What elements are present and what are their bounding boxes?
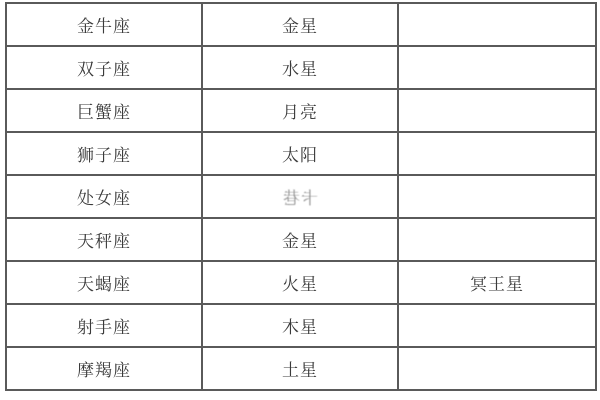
- ruler-cell: 水星: [202, 46, 398, 89]
- co-ruler-cell: [398, 89, 596, 132]
- ruler-cell: 卡巷: [202, 175, 398, 218]
- table-row: 天蝎座 火星 冥王星: [6, 261, 596, 304]
- ruler-cell: 金星: [202, 3, 398, 46]
- sign-cell: 射手座: [6, 304, 202, 347]
- co-ruler-cell: [398, 304, 596, 347]
- ruler-cell: 太阳: [202, 132, 398, 175]
- ruler-cell: 土星: [202, 347, 398, 390]
- sign-cell: 双子座: [6, 46, 202, 89]
- table-row: 天秤座 金星: [6, 218, 596, 261]
- table-row: 双子座 水星: [6, 46, 596, 89]
- co-ruler-cell: [398, 347, 596, 390]
- sign-cell: 摩羯座: [6, 347, 202, 390]
- co-ruler-cell: [398, 46, 596, 89]
- table-row: 射手座 木星: [6, 304, 596, 347]
- table-row: 巨蟹座 月亮: [6, 89, 596, 132]
- table-row: 处女座 卡巷: [6, 175, 596, 218]
- co-ruler-cell: [398, 132, 596, 175]
- table-row: 金牛座 金星: [6, 3, 596, 46]
- sign-cell: 金牛座: [6, 3, 202, 46]
- co-ruler-cell: 冥王星: [398, 261, 596, 304]
- ruler-cell: 金星: [202, 218, 398, 261]
- sign-cell: 巨蟹座: [6, 89, 202, 132]
- zodiac-ruler-table: 金牛座 金星 双子座 水星 巨蟹座 月亮 狮子座 太阳 处女座 卡巷 天秤座: [5, 2, 597, 391]
- sign-cell: 天蝎座: [6, 261, 202, 304]
- ruler-cell: 木星: [202, 304, 398, 347]
- sign-cell: 狮子座: [6, 132, 202, 175]
- table-row: 狮子座 太阳: [6, 132, 596, 175]
- ruler-cell: 月亮: [202, 89, 398, 132]
- co-ruler-cell: [398, 175, 596, 218]
- co-ruler-cell: [398, 3, 596, 46]
- sign-cell: 处女座: [6, 175, 202, 218]
- sign-cell: 天秤座: [6, 218, 202, 261]
- co-ruler-cell: [398, 218, 596, 261]
- ruler-cell: 火星: [202, 261, 398, 304]
- table-row: 摩羯座 土星: [6, 347, 596, 390]
- garbled-ruler-text: 卡巷: [282, 184, 318, 209]
